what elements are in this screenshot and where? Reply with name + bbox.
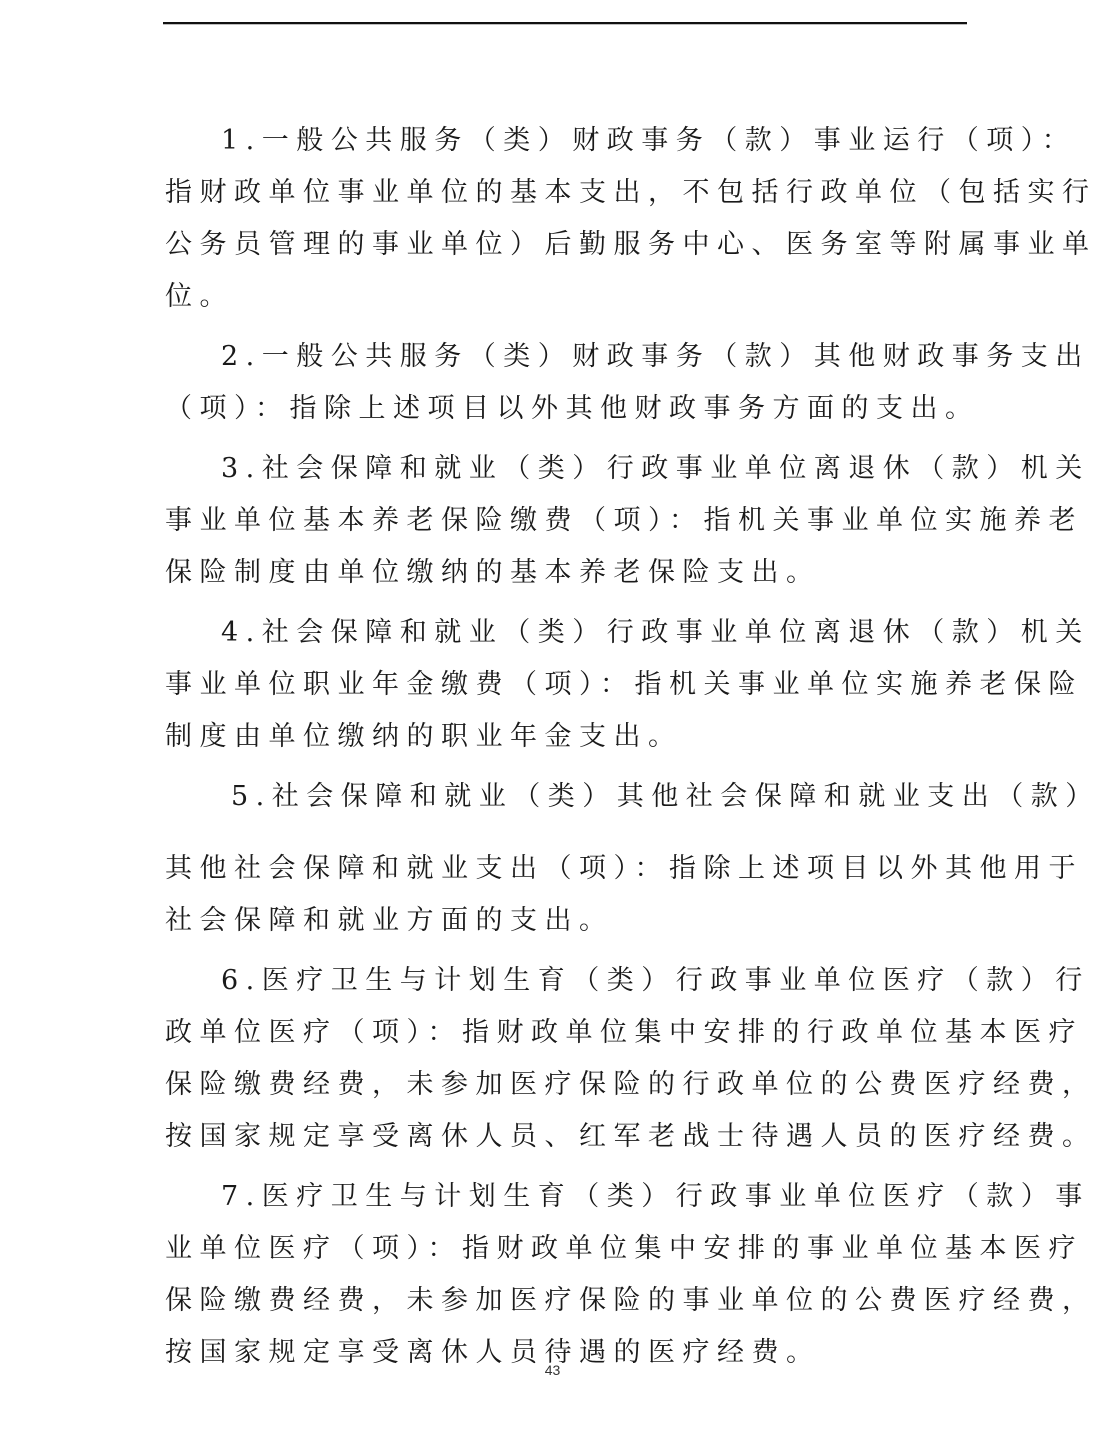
paragraph-line: 制度由单位缴纳的职业年金支出。	[165, 714, 965, 766]
paragraph-line: 7.医疗卫生与计划生育（类）行政事业单位医疗（款）事	[165, 1174, 965, 1226]
paragraph-line: 1.一般公共服务（类）财政事务（款）事业运行（项）：	[165, 118, 965, 170]
paragraph-1: 1.一般公共服务（类）财政事务（款）事业运行（项）： 指财政单位事业单位的基本支…	[165, 118, 965, 326]
paragraph-line: 政单位医疗（项）：指财政单位集中安排的行政单位基本医疗	[165, 1010, 965, 1062]
paragraph-line: 业单位医疗（项）：指财政单位集中安排的事业单位基本医疗	[165, 1226, 965, 1278]
paragraph-line: 事业单位职业年金缴费（项）：指机关事业单位实施养老保险	[165, 662, 965, 714]
paragraph-line: 社会保障和就业方面的支出。	[165, 898, 965, 950]
paragraph-line: 2.一般公共服务（类）财政事务（款）其他财政事务支出	[165, 334, 965, 386]
paragraph-4: 4.社会保障和就业（类）行政事业单位离退休（款）机关 事业单位职业年金缴费（项）…	[165, 610, 965, 766]
paragraph-line: 其他社会保障和就业支出（项）：指除上述项目以外其他用于	[165, 846, 965, 898]
paragraph-line: 公务员管理的事业单位）后勤服务中心、医务室等附属事业单	[165, 222, 965, 274]
paragraph-2: 2.一般公共服务（类）财政事务（款）其他财政事务支出 （项）：指除上述项目以外其…	[165, 334, 965, 438]
paragraph-line: （项）：指除上述项目以外其他财政事务方面的支出。	[165, 386, 965, 438]
document-body: 1.一般公共服务（类）财政事务（款）事业运行（项）： 指财政单位事业单位的基本支…	[165, 118, 965, 1382]
paragraph-line: 事业单位基本养老保险缴费（项）：指机关事业单位实施养老	[165, 498, 965, 550]
paragraph-line: 3.社会保障和就业（类）行政事业单位离退休（款）机关	[165, 446, 965, 498]
paragraph-3: 3.社会保障和就业（类）行政事业单位离退休（款）机关 事业单位基本养老保险缴费（…	[165, 446, 965, 602]
paragraph-5: 5.社会保障和就业（类）其他社会保障和就业支出（款） 其他社会保障和就业支出（项…	[165, 774, 965, 950]
paragraph-7: 7.医疗卫生与计划生育（类）行政事业单位医疗（款）事 业单位医疗（项）：指财政单…	[165, 1174, 965, 1382]
header-rule	[163, 22, 967, 25]
paragraph-line: 保险制度由单位缴纳的基本养老保险支出。	[165, 550, 965, 602]
paragraph-line: 保险缴费经费，未参加医疗保险的事业单位的公费医疗经费，	[165, 1278, 965, 1330]
paragraph-line: 6.医疗卫生与计划生育（类）行政事业单位医疗（款）行	[165, 958, 965, 1010]
paragraph-line: 指财政单位事业单位的基本支出，不包括行政单位（包括实行	[165, 170, 965, 222]
paragraph-line: 5.社会保障和就业（类）其他社会保障和就业支出（款）	[165, 774, 965, 826]
paragraph-line: 保险缴费经费，未参加医疗保险的行政单位的公费医疗经费，	[165, 1062, 965, 1114]
paragraph-line: 位。	[165, 274, 965, 326]
paragraph-line: 按国家规定享受离休人员、红军老战士待遇人员的医疗经费。	[165, 1114, 965, 1166]
page-number: 43	[0, 1362, 1105, 1378]
paragraph-line: 4.社会保障和就业（类）行政事业单位离退休（款）机关	[165, 610, 965, 662]
paragraph-6: 6.医疗卫生与计划生育（类）行政事业单位医疗（款）行 政单位医疗（项）：指财政单…	[165, 958, 965, 1166]
